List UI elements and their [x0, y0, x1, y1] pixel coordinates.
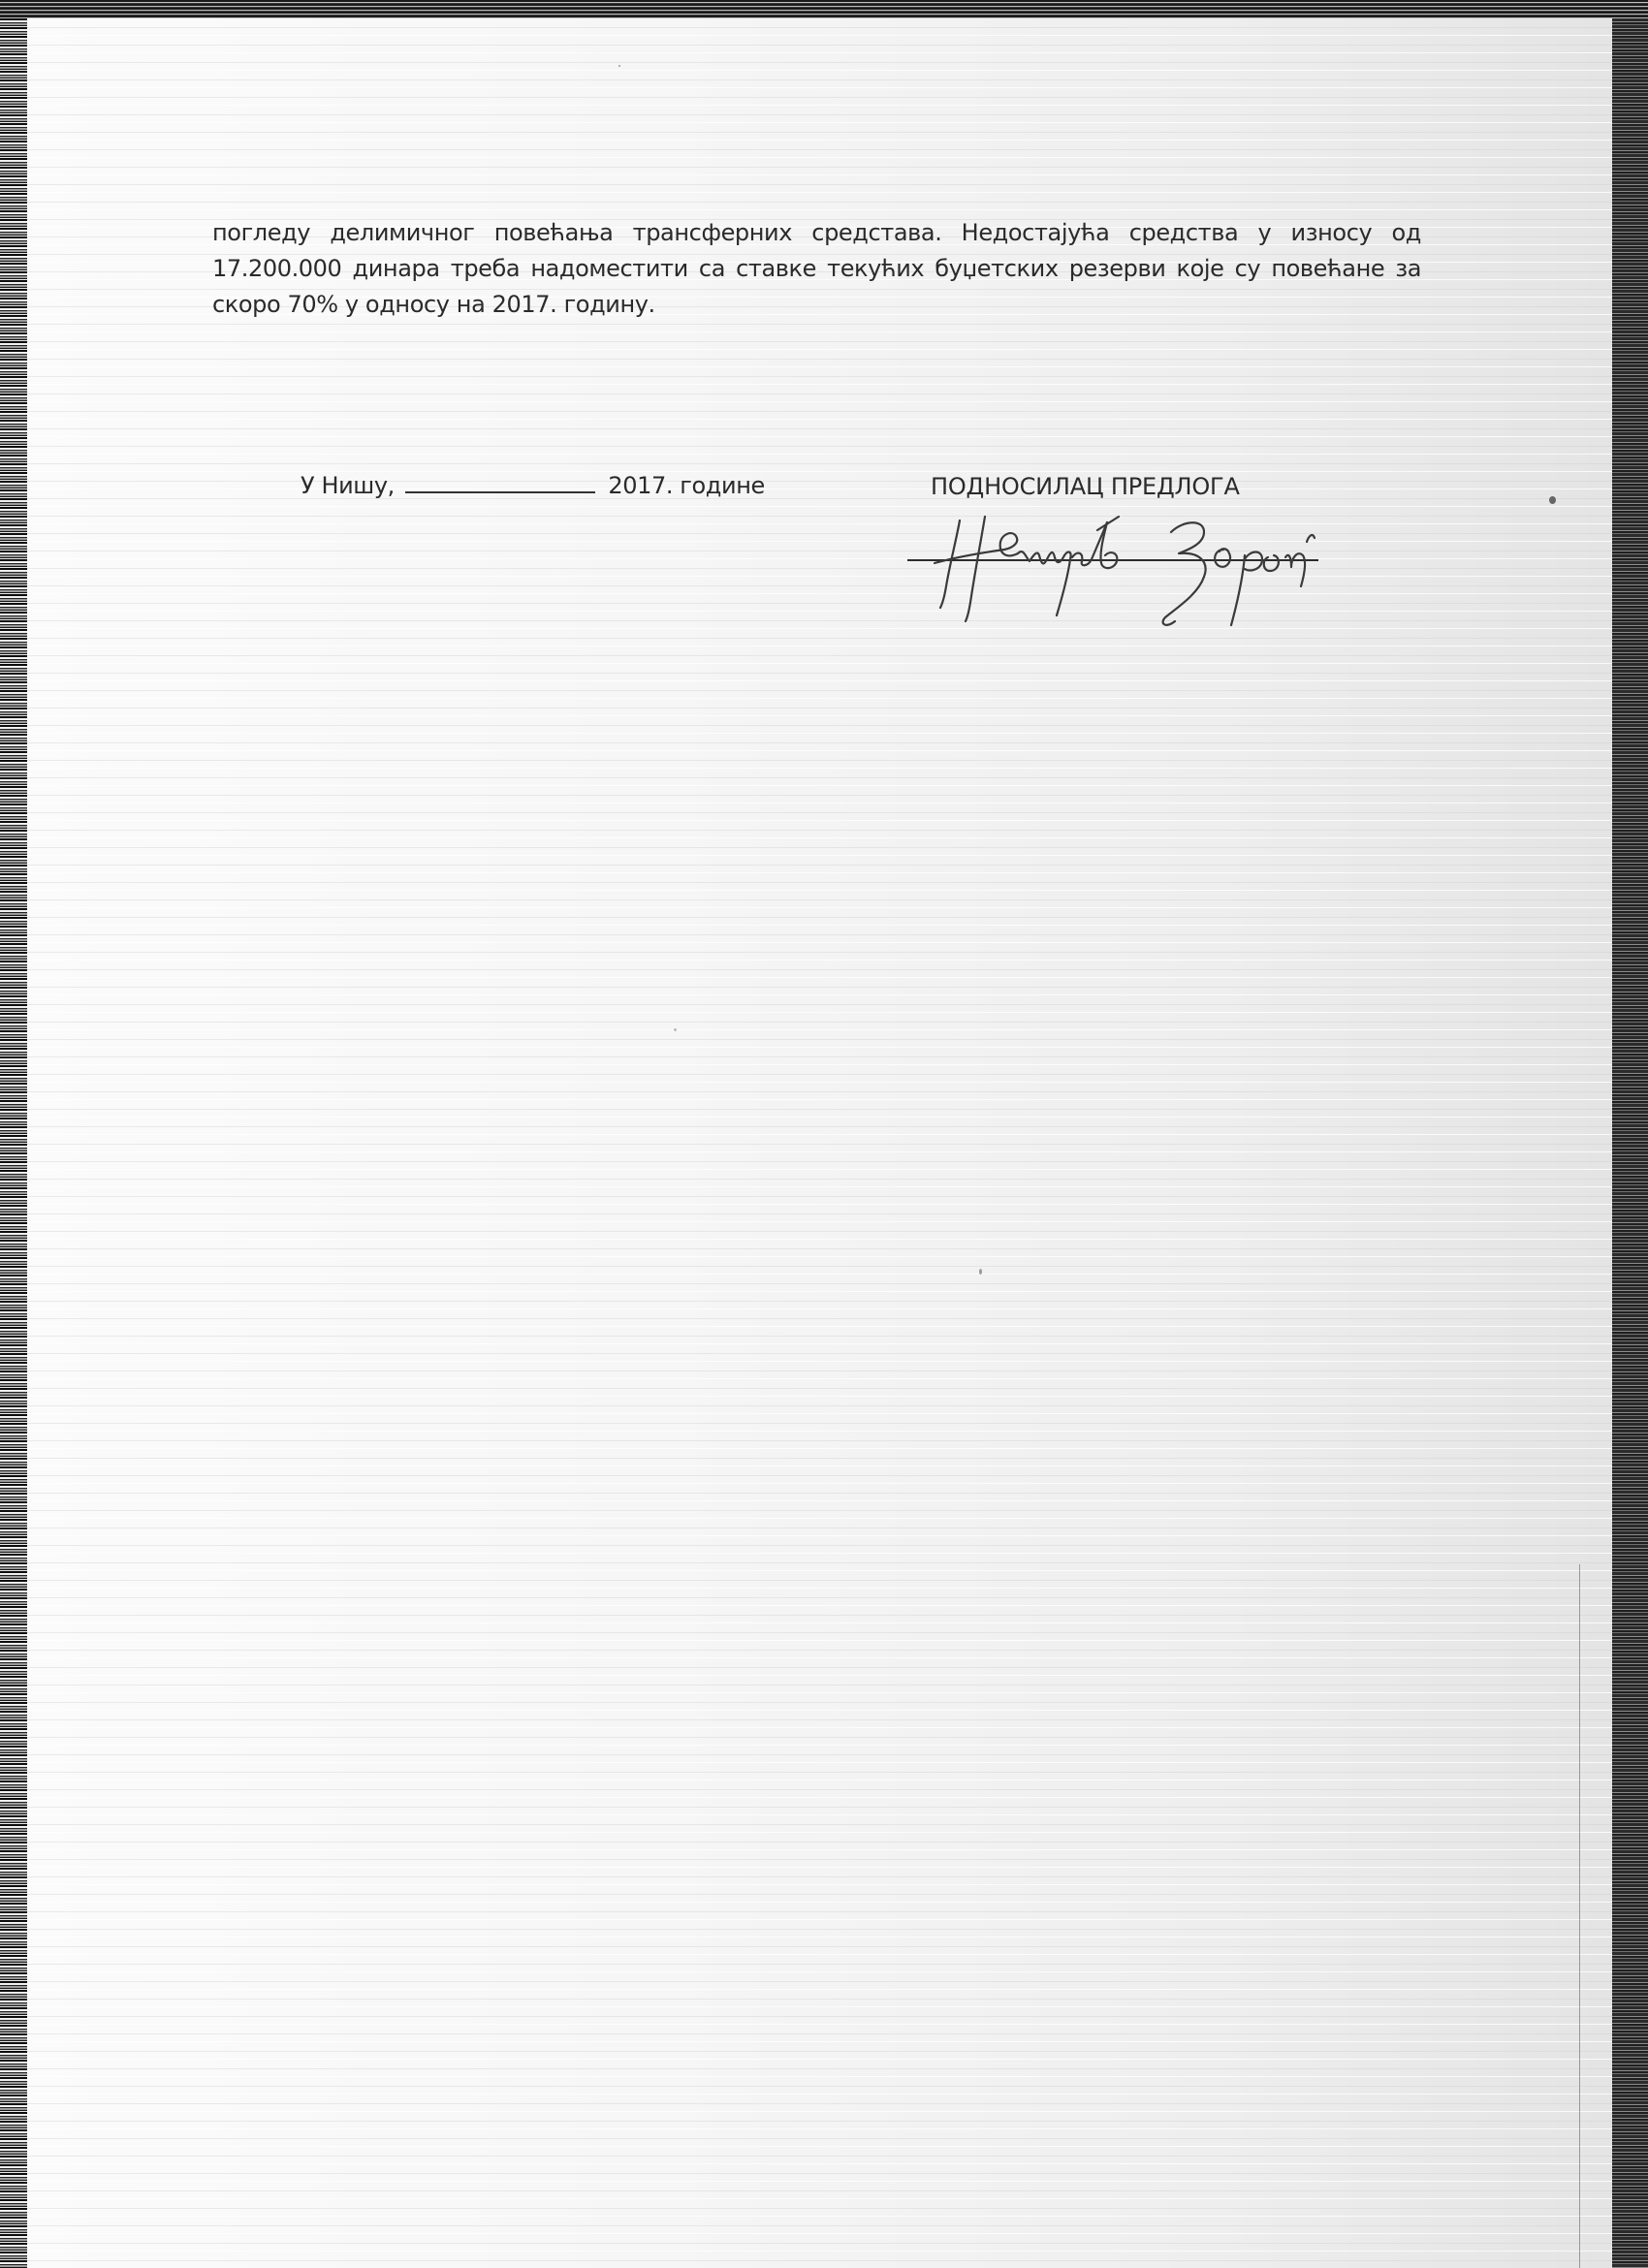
proposer-label: ПОДНОСИЛАЦ ПРЕДЛОГА	[931, 472, 1240, 501]
document-page: погледу делимичног повећања трансферних …	[27, 18, 1612, 2268]
place-date-line: У Нишу, 2017. године	[301, 470, 765, 500]
body-paragraph: погледу делимичног повећања трансферних …	[212, 215, 1421, 323]
dust-speck	[618, 65, 620, 67]
fold-crease	[1579, 1564, 1580, 2268]
scanner-border-top	[0, 0, 1648, 18]
dust-speck	[1549, 496, 1556, 504]
handwritten-signature	[917, 503, 1382, 639]
year-text: 2017. године	[608, 472, 764, 499]
place-text: У Нишу,	[301, 472, 395, 499]
dust-speck	[674, 1028, 677, 1031]
scanner-border-right	[1612, 18, 1648, 2268]
paragraph-line: скоро 70% у односу на 2017. годину.	[212, 287, 1421, 323]
paragraph-line: погледу делимичног повећања трансферних …	[212, 215, 1421, 251]
dust-speck	[979, 1269, 982, 1275]
paragraph-line: 17.200.000 динара треба надоместити са с…	[212, 251, 1421, 287]
date-blank-field	[405, 470, 595, 493]
scanner-border-left	[0, 18, 27, 2268]
